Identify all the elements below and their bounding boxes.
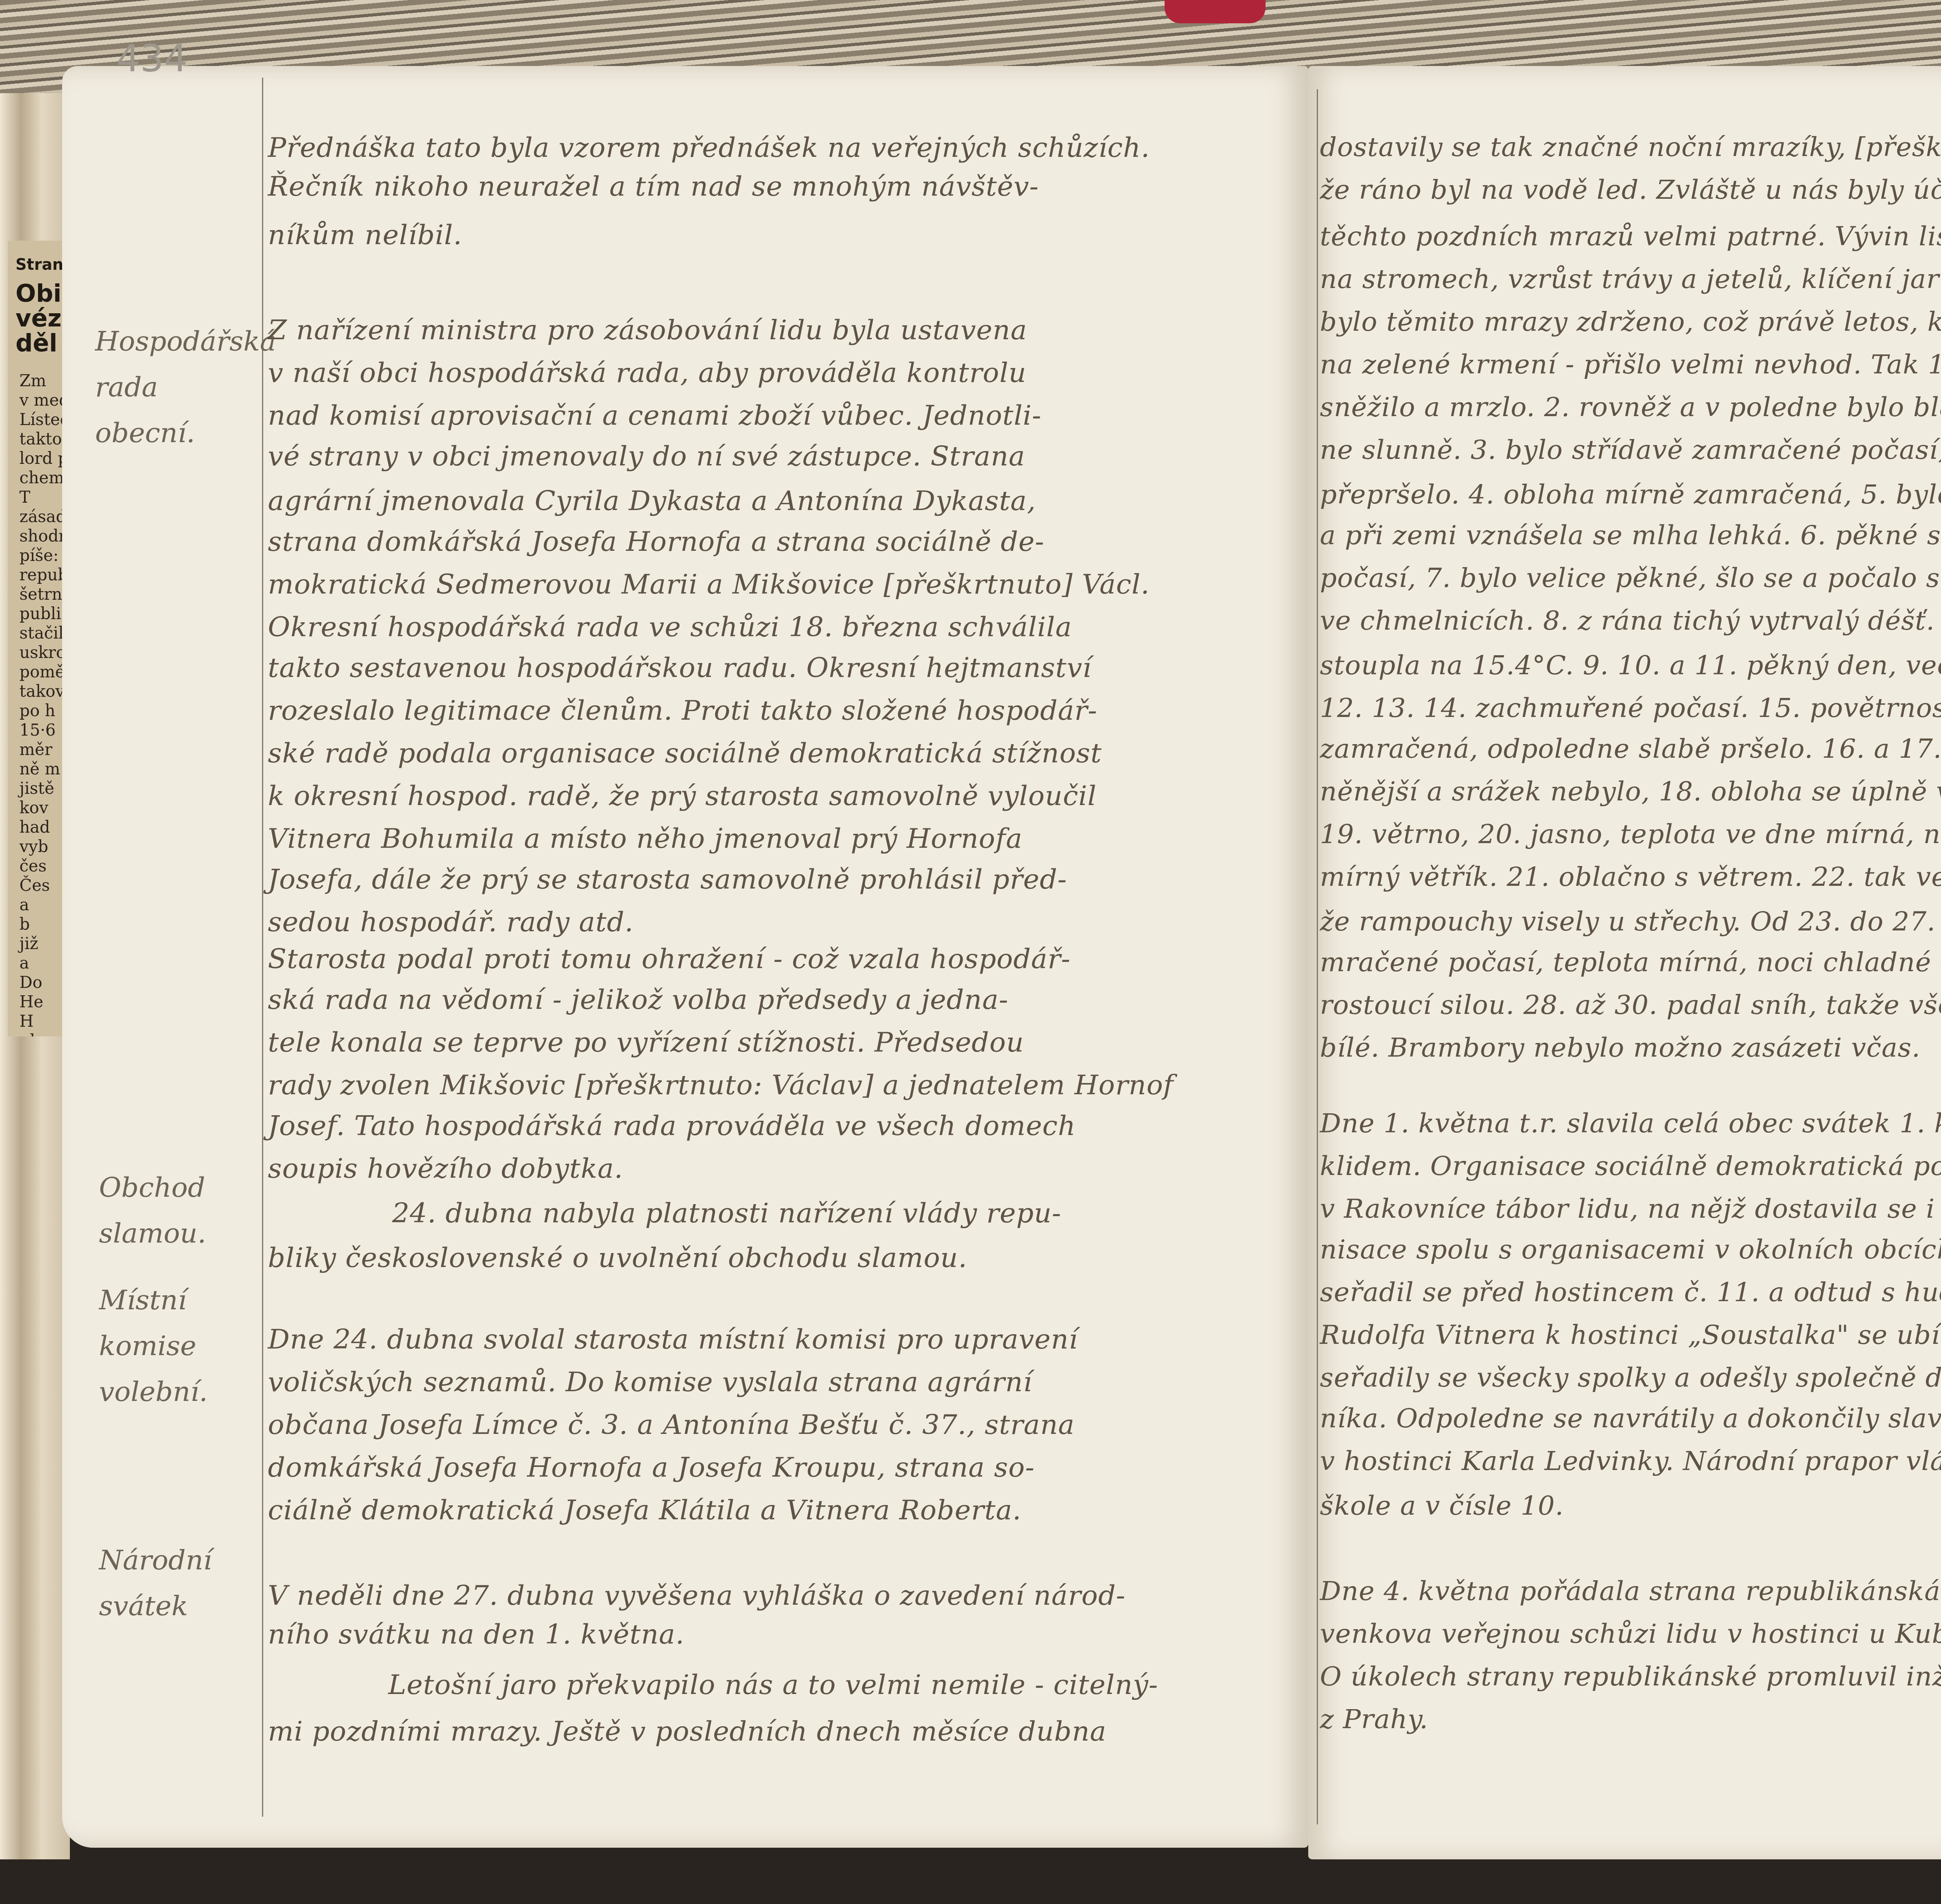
text-line: agrární jmenovala Cyrila Dykasta a Anton… [268, 481, 1036, 520]
text-line: přepršelo. 4. obloha mírně zamračená, 5.… [1320, 476, 1941, 514]
text-line: v naší obci hospodářská rada, aby provád… [268, 353, 1026, 392]
text-line: v hostinci Karla Ledvinky. Národní prapo… [1320, 1442, 1941, 1481]
text-line: soupis hovězího dobytka. [268, 1149, 623, 1188]
clipping-heading-3: děl [8, 331, 66, 356]
clipping-fragment: Čes [8, 876, 66, 895]
text-line: níkům nelíbil. [268, 215, 462, 254]
text-line: vé strany v obci jmenovaly do ní své zás… [268, 437, 1025, 476]
clipping-fragment: had [8, 817, 66, 837]
text-line: takto sestavenou hospodářskou radu. Okre… [268, 648, 1092, 687]
text-line: mírný větřík. 21. oblačno s větrem. 22. … [1320, 858, 1941, 897]
clipping-heading-2: vézi [8, 306, 66, 331]
text-line: ního svátku na den 1. května. [268, 1615, 684, 1654]
clipping-fragment: Lísteck [8, 410, 66, 429]
text-line: ciálně demokratická Josefa Klátila a Vit… [268, 1491, 1021, 1529]
clipping-fragment: pl [8, 1031, 66, 1036]
text-line: nisace spolu s organisacemi v okolních o… [1320, 1231, 1941, 1269]
text-line: domkářská Josefa Hornofa a Josefa Kroupu… [268, 1448, 1035, 1487]
text-line: ské radě podala organisace sociálně demo… [268, 734, 1102, 772]
clipping-heading-1: Obi [8, 281, 66, 306]
text-line: rostoucí silou. 28. až 30. padal sníh, t… [1320, 986, 1941, 1025]
clipping-fragment: pomě [8, 662, 66, 682]
clipping-fragment: po h [8, 701, 66, 720]
text-line: na stromech, vzrůst trávy a jetelů, klíč… [1320, 260, 1941, 299]
text-line: tele konala se teprve po vyřízení stížno… [268, 1023, 1024, 1062]
right-gutter-rule [1317, 89, 1318, 1824]
clipping-fragment: Zm [8, 371, 66, 391]
text-line: mokratická Sedmerovou Marii a Mikšovice … [268, 565, 1150, 604]
margin-note-hospodarska-rada: Hospodářská rada obecní. [95, 318, 276, 456]
text-line: těchto pozdních mrazů velmi patrné. Vývi… [1320, 217, 1941, 256]
text-line: 24. dubna nabyla platnosti nařízení vlád… [392, 1194, 1061, 1232]
text-line: Dne 1. května t.r. slavila celá obec svá… [1320, 1104, 1941, 1143]
text-line: 19. větrno, 20. jasno, teplota ve dne mí… [1320, 815, 1941, 854]
clipping-fragment: repub [8, 565, 66, 585]
clipping-fragment: stačil [8, 623, 66, 643]
text-line: bliky československé o uvolnění obchodu … [268, 1238, 967, 1277]
text-line: mračené počasí, teplota mírná, noci chla… [1320, 943, 1941, 982]
clipping-fragment: T [8, 488, 66, 507]
text-line: venkova veřejnou schůzi lidu v hostinci … [1320, 1615, 1941, 1654]
text-line: O úkolech strany republikánské promluvil… [1320, 1658, 1941, 1696]
clipping-fragment: shodn [8, 526, 66, 546]
page-number-left: 434 [116, 37, 188, 80]
text-line: 12. 13. 14. zachmuřené počasí. 15. povět… [1320, 689, 1941, 728]
text-line: sedou hospodář. rady atd. [268, 903, 634, 941]
text-line: seřadil se před hostincem č. 11. a odtud… [1320, 1273, 1941, 1312]
text-line: níka. Odpoledne se navrátily a dokončily… [1320, 1399, 1941, 1438]
text-line: Řečník nikoho neuražel a tím nad se mnoh… [268, 167, 1039, 206]
margin-note-narodni-svatek: Národní svátek [99, 1537, 212, 1629]
clipping-fragment: v med [8, 391, 66, 410]
text-line: nad komisí aprovisační a cenami zboží vů… [268, 396, 1042, 435]
text-line: Rudolfa Vitnera k hostinci „Soustalka" s… [1320, 1316, 1941, 1355]
clipping-fragment: chem [8, 468, 66, 488]
clipping-fragment: He [8, 992, 66, 1012]
text-line: bylo těmito mrazy zdrženo, což právě let… [1320, 303, 1941, 342]
text-line: seřadily se všecky spolky a odešly spole… [1320, 1359, 1941, 1397]
text-line: Z nařízení ministra pro zásobování lidu … [268, 311, 1027, 349]
text-line: strana domkářská Josefa Hornofa a strana… [268, 522, 1045, 561]
newspaper-clipping: Stran Obi vézi děl Zmv medLístecktaktolo… [8, 241, 66, 1036]
clipping-fragment: a [8, 953, 66, 973]
text-line: Starosta podal proti tomu ohražení - což… [268, 939, 1071, 978]
clipping-fragment: kov [8, 798, 66, 817]
text-line: že ráno byl na vodě led. Zvláště u nás b… [1320, 171, 1941, 210]
text-line: Vitnera Bohumila a místo něho jmenoval p… [268, 819, 1023, 858]
clipping-fragment: uskro [8, 643, 66, 662]
text-line: z Prahy. [1320, 1700, 1428, 1739]
text-line: Dne 24. dubna svolal starosta místní kom… [268, 1320, 1078, 1359]
text-line: sněžilo a mrzlo. 2. rovněž a v poledne b… [1320, 388, 1941, 427]
text-line: občana Josefa Límce č. 3. a Antonína Beš… [268, 1405, 1075, 1444]
clipping-fragment: píše: [8, 546, 66, 565]
clipping-fragment: publi [8, 604, 66, 623]
clipping-fragment: vyb [8, 837, 66, 856]
text-line: Přednáška tato byla vzorem přednášek na … [268, 128, 1150, 167]
margin-note-obchod-slamou: Obchod slamou. [99, 1165, 206, 1256]
text-line: V neděli dne 27. dubna vyvěšena vyhláška… [268, 1576, 1125, 1615]
text-line: klidem. Organisace sociálně demokratická… [1320, 1147, 1941, 1186]
text-line: na zelené krmení - přišlo velmi nevhod. … [1320, 345, 1941, 384]
clipping-fragment: měr [8, 740, 66, 759]
text-line: dostavily se tak značné noční mrazíky, [… [1320, 128, 1941, 167]
clipping-heading-0: Stran [8, 252, 66, 277]
clipping-fragment: Do [8, 973, 66, 992]
text-line: ská rada na vědomí - jelikož volba předs… [268, 980, 1009, 1019]
clipping-fragment: zásad [8, 507, 66, 526]
clipping-fragment: 15·6 [8, 720, 66, 740]
text-line: k okresní hospod. radě, že prý starosta … [268, 776, 1097, 815]
text-line: voličských seznamů. Do komise vyslala st… [268, 1362, 1032, 1401]
clipping-text: Zmv medLístecktaktolord pchemTzásadshodn… [8, 371, 66, 1036]
text-line: Josef. Tato hospodářská rada prováděla v… [268, 1106, 1076, 1145]
text-line: zamračená, odpoledne slabě pršelo. 16. a… [1320, 730, 1941, 769]
clipping-fragment: lord p [8, 449, 66, 468]
text-line: ne slunně. 3. bylo střídavě zamračené po… [1320, 431, 1941, 470]
clipping-fragment: a [8, 895, 66, 915]
margin-note-mistni-komise: Místní komise volební. [99, 1277, 208, 1415]
text-line: škole a v čísle 10. [1320, 1487, 1564, 1526]
text-line: stoupla na 15.4°C. 9. 10. a 11. pěkný de… [1320, 646, 1941, 685]
clipping-fragment: takto [8, 429, 66, 449]
clipping-fragment: b [8, 915, 66, 934]
text-line: rozeslalo legitimace členům. Proti takto… [268, 691, 1097, 730]
text-line: Letošní jaro překvapilo nás a to velmi n… [388, 1665, 1158, 1704]
clipping-fragment: šetrn [8, 585, 66, 604]
bookmark-ribbon [1165, 0, 1266, 23]
clipping-fragment: ně m [8, 759, 66, 779]
text-line: rady zvolen Mikšovic [přeškrtnuto: Václa… [268, 1066, 1174, 1104]
text-line: počasí, 7. bylo velice pěkné, šlo se a p… [1320, 559, 1941, 598]
text-line: Dne 4. května pořádala strana republikán… [1320, 1572, 1941, 1611]
text-line: ve chmelnicích. 8. z rána tichý vytrvalý… [1320, 602, 1941, 640]
clipping-fragment: H [8, 1012, 66, 1031]
text-line: že rampouchy visely u střechy. Od 23. do… [1320, 903, 1941, 941]
text-line: Josefa, dále že prý se starosta samovoln… [268, 860, 1067, 899]
clipping-fragment: čes [8, 856, 66, 876]
text-line: Okresní hospodářská rada ve schůzi 18. b… [268, 607, 1072, 646]
clipping-fragment: jistě [8, 779, 66, 798]
text-line: bílé. Brambory nebylo možno zasázeti vča… [1320, 1029, 1920, 1067]
clipping-fragment: takov [8, 682, 66, 701]
text-line: něnější a srážek nebylo, 18. obloha se ú… [1320, 772, 1941, 811]
text-line: v Rakovníce tábor lidu, na nějž dostavil… [1320, 1190, 1941, 1229]
text-line: mi pozdními mrazy. Ještě v posledních dn… [268, 1712, 1106, 1751]
text-line: a při zemi vznášela se mlha lehká. 6. pě… [1320, 516, 1941, 555]
clipping-fragment: již [8, 934, 66, 953]
